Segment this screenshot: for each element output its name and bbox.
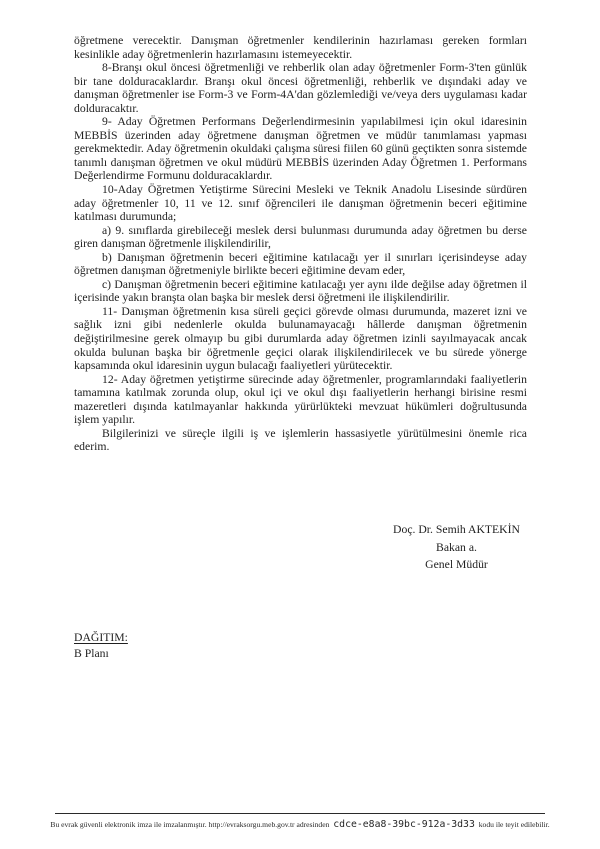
distribution-item: B Planı (74, 646, 128, 662)
distribution-block: DAĞITIM: B Planı (74, 630, 128, 662)
paragraph: 8-Branşı okul öncesi öğretmenliği ve reh… (74, 61, 527, 115)
verification-code: cdce-e8a8-39bc-912a-3d33 (331, 819, 477, 830)
signature-block: Doç. Dr. Semih AKTEKİN Bakan a. Genel Mü… (330, 521, 583, 574)
distribution-label: DAĞITIM: (74, 630, 128, 646)
paragraph: 10-Aday Öğretmen Yetiştirme Sürecini Mes… (74, 183, 527, 224)
paragraph: Bilgilerinizi ve süreçle ilgili iş ve iş… (74, 427, 527, 454)
paragraph: 11- Danışman öğretmenin kısa süreli geçi… (74, 305, 527, 373)
document-body: öğretmene verecektir. Danışman öğretmenl… (74, 34, 527, 454)
document-page: öğretmene verecektir. Danışman öğretmenl… (0, 0, 600, 849)
footer-divider (55, 813, 545, 814)
e-signature-footer: Bu evrak güvenli elektronik imza ile imz… (0, 819, 600, 831)
paragraph: c) Danışman öğretmenin beceri eğitimine … (74, 278, 527, 305)
paragraph: 12- Aday öğretmen yetiştirme sürecinde a… (74, 373, 527, 427)
footer-prefix-text: Bu evrak güvenli elektronik imza ile imz… (50, 820, 329, 829)
footer-suffix-text: kodu ile teyit edilebilir. (479, 820, 550, 829)
signatory-title: Genel Müdür (330, 556, 583, 574)
paragraph: a) 9. sınıflarda girebileceği meslek der… (74, 224, 527, 251)
paragraph: öğretmene verecektir. Danışman öğretmenl… (74, 34, 527, 61)
signatory-name: Doç. Dr. Semih AKTEKİN (330, 521, 583, 539)
paragraph: 9- Aday Öğretmen Performans Değerlendirm… (74, 115, 527, 183)
signatory-capacity: Bakan a. (330, 539, 583, 557)
paragraph: b) Danışman öğretmenin beceri eğitimine … (74, 251, 527, 278)
